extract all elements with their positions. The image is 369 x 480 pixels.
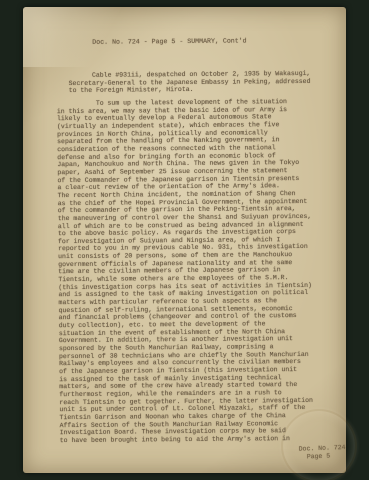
cable-description-paragraph: Cable #931ii, despatched on October 2, 1… bbox=[69, 70, 321, 95]
footer-doc-number: Doc. No. 724 Page 5 bbox=[299, 444, 346, 461]
typewritten-text-layer: Doc. No. 724 - Page 5 - SUMMARY, Cont'd … bbox=[0, 0, 369, 480]
document-header-line: Doc. No. 724 - Page 5 - SUMMARY, Cont'd bbox=[92, 37, 246, 46]
scan-background: Doc. No. 724 - Page 5 - SUMMARY, Cont'd … bbox=[0, 0, 369, 480]
cable-body-paragraph: To sum up the latest development of the … bbox=[57, 98, 324, 445]
